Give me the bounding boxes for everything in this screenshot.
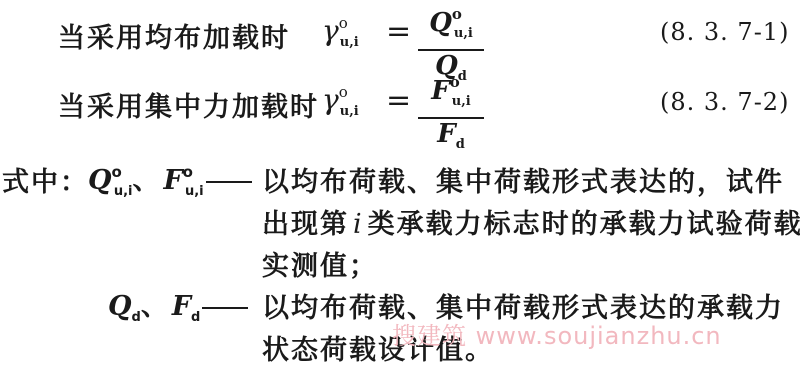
denominator-symbol: F <box>437 119 455 149</box>
superscript: o <box>112 163 122 181</box>
definition-1-symbols: Qou,i、Fou,i <box>88 158 254 199</box>
definition-1-line-1: 以均布荷载、集中荷载形式表达的，试件 <box>262 160 784 199</box>
subscript: u,i <box>452 94 471 109</box>
definition-intro: 式中： <box>2 160 89 199</box>
subscript: d <box>456 137 465 152</box>
equation-2-condition: 当采用集中力加载时 <box>58 85 319 124</box>
equation-2-number: (8. 3. 7-2) <box>660 88 789 116</box>
em-dash <box>206 181 252 183</box>
symbol-q: Q <box>108 291 132 322</box>
subscript: u,i <box>340 35 359 50</box>
superscript: o <box>339 14 348 32</box>
definition-1-line-3: 实测值； <box>262 244 378 283</box>
subscript: d <box>191 310 200 325</box>
superscript: o <box>450 73 460 91</box>
subscript: u,i <box>340 104 359 119</box>
em-dash <box>202 307 248 309</box>
gamma-symbol: γ <box>322 83 339 116</box>
symbol-f: F <box>172 291 191 322</box>
watermark: 搜建筑 www.soujianzhu.cn <box>392 316 722 351</box>
text-segment: 出现第 <box>262 209 349 240</box>
gamma-symbol: γ <box>322 14 339 47</box>
symbol-q: Q <box>88 165 112 196</box>
subscript: u,i <box>114 184 133 199</box>
equation-2-equals: = <box>386 83 411 118</box>
separator: 、 <box>133 165 160 196</box>
definition-2-symbols: Qd、Fd <box>108 284 250 325</box>
symbol-f: F <box>164 165 183 196</box>
definition-1-line-2: 出现第i类承载力标志时的承载力试验荷载 <box>262 202 800 241</box>
equation-1-condition: 当采用均布加载时 <box>58 16 290 55</box>
equation-1-number: (8. 3. 7-1) <box>660 18 789 46</box>
fraction-numerator: Qou,i <box>429 0 473 48</box>
text-segment: 类承载力标志时的承载力试验荷载 <box>368 209 800 240</box>
superscript: o <box>183 163 193 181</box>
numerator-symbol: F <box>431 76 449 106</box>
equation-2-fraction: Fou,i Fd <box>418 68 484 159</box>
equation-2-lhs: γou,i <box>322 83 359 119</box>
subscript: u,i <box>454 26 473 41</box>
fraction-denominator: Fd <box>437 120 465 159</box>
superscript: o <box>452 5 462 23</box>
equation-1-equals: = <box>386 14 411 49</box>
numerator-symbol: Q <box>429 8 452 38</box>
subscript: d <box>132 310 141 325</box>
fraction-numerator: Fou,i <box>431 68 470 116</box>
subscript: u,i <box>185 184 204 199</box>
equation-1-lhs: γou,i <box>322 14 359 50</box>
separator: 、 <box>141 291 168 322</box>
superscript: o <box>339 83 348 101</box>
italic-i: i <box>353 209 364 240</box>
